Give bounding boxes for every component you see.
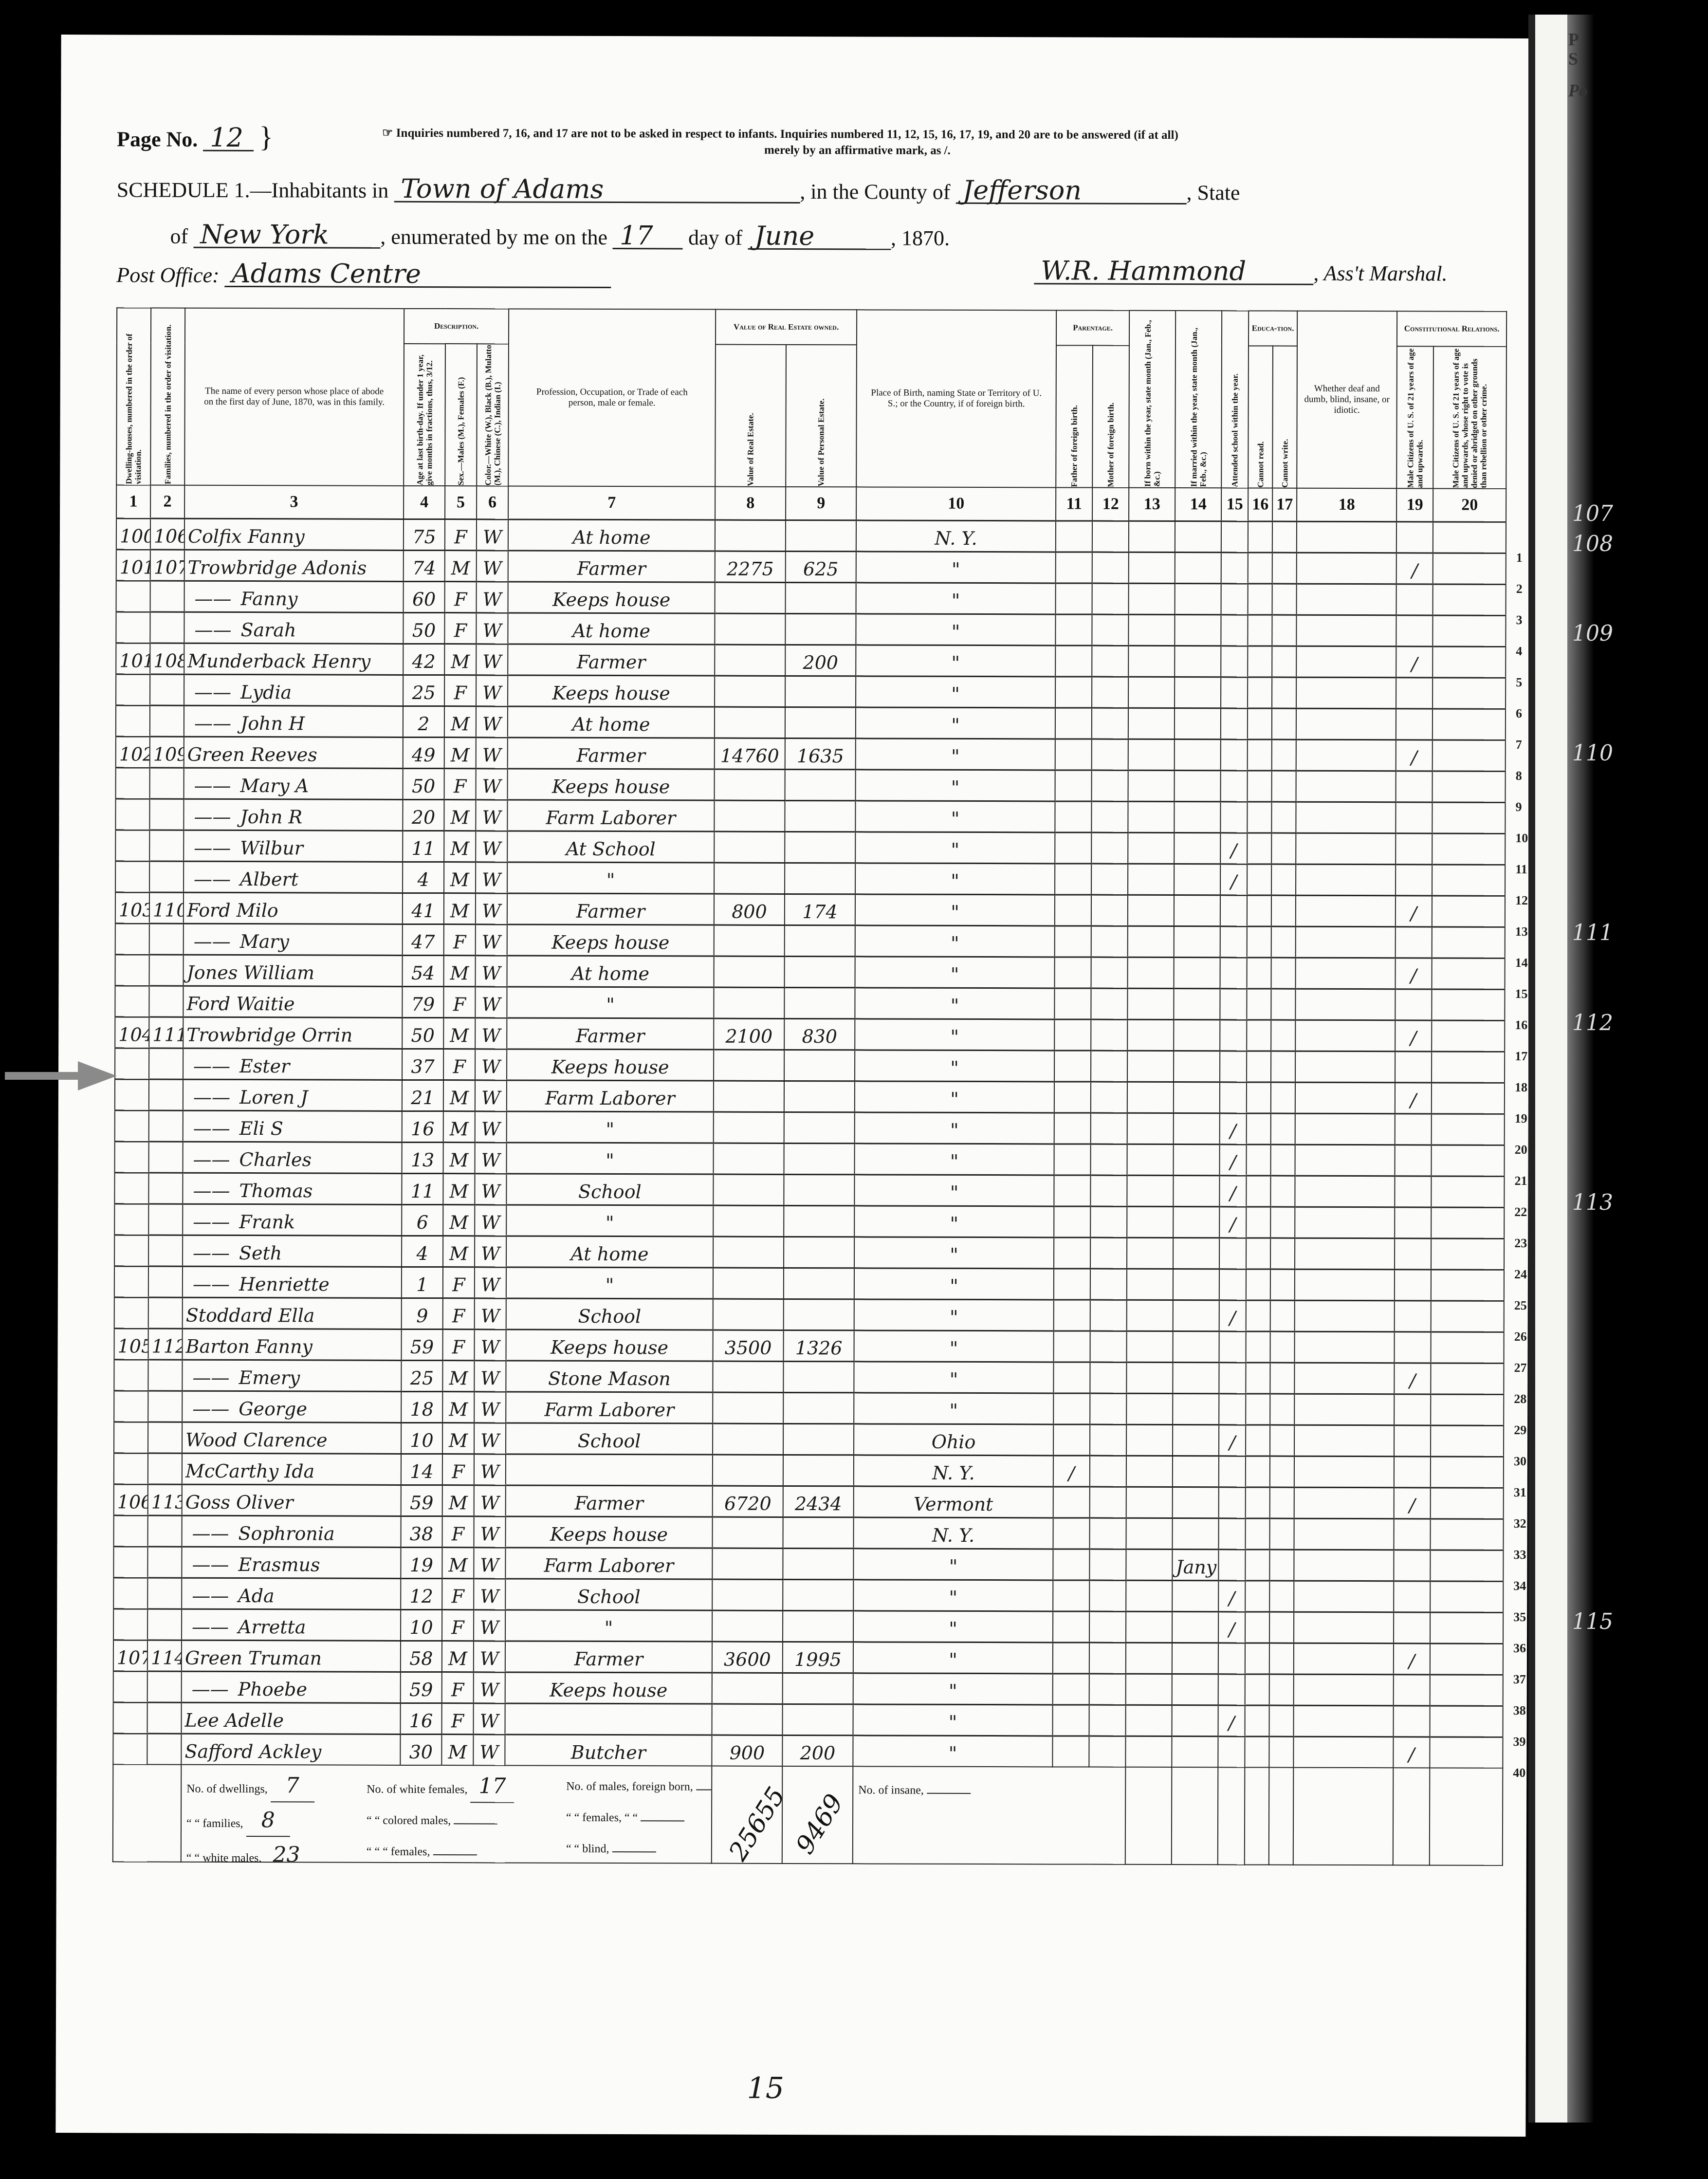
occupation: Keeps house xyxy=(506,1516,713,1548)
born-month xyxy=(1128,801,1174,832)
sex-value: F xyxy=(452,1586,464,1607)
table-row: 18Ester37FWKeeps house"18 xyxy=(115,1048,1505,1083)
color: W xyxy=(475,1205,506,1236)
month-field: June xyxy=(748,224,891,250)
color-value: W xyxy=(480,1586,499,1607)
citizen-mark xyxy=(1394,1581,1430,1612)
color-value: W xyxy=(481,1274,500,1295)
birthplace: " xyxy=(854,1330,1054,1362)
adjacent-family-number: 107 xyxy=(1572,501,1613,526)
table-row: 10John R20MWFarm Laborer"10 xyxy=(115,799,1505,833)
person-name: Lydia xyxy=(184,674,403,706)
col-header-2: Families, numbered in the order of visit… xyxy=(163,309,173,484)
personal-estate-value: 625 xyxy=(786,551,856,582)
age: 47 xyxy=(403,924,444,955)
color-value: W xyxy=(481,1243,500,1264)
person-name: Lee Adelle xyxy=(182,1702,401,1734)
sex: M xyxy=(442,1548,474,1579)
person-name-value: Sarah xyxy=(240,619,296,641)
married-month xyxy=(1173,1300,1219,1331)
age-value: 75 xyxy=(412,526,436,548)
cannot-read-mark xyxy=(1247,1020,1271,1051)
table-row: 14Mary47FWKeeps house"14 xyxy=(115,923,1505,958)
color: W xyxy=(474,1454,506,1485)
birthplace-value: " xyxy=(951,995,959,1016)
personal-estate-value: 830 xyxy=(784,1018,855,1050)
cannot-write-mark xyxy=(1270,1394,1294,1425)
cannot-write-mark xyxy=(1270,1487,1294,1518)
dwelling-number-value: 101 xyxy=(120,556,150,578)
person-name-value: Green Truman xyxy=(185,1647,322,1669)
dwellings-label: No. of dwellings, xyxy=(186,1783,268,1795)
white-females-label: No. of white females, xyxy=(367,1783,467,1796)
birthplace-value: " xyxy=(950,1338,958,1359)
father-foreign-mark xyxy=(1055,708,1092,739)
color: W xyxy=(475,1298,506,1330)
family-number xyxy=(149,1048,183,1079)
occupation: Stone Mason xyxy=(506,1361,713,1392)
color-value: W xyxy=(481,1118,500,1140)
birthplace-value: " xyxy=(950,1120,959,1141)
born-month xyxy=(1128,770,1175,801)
person-name-value: Henriette xyxy=(239,1274,330,1295)
person-name: Ada xyxy=(182,1578,401,1609)
sex-value: M xyxy=(450,1025,469,1046)
occupation-value: Keeps house xyxy=(551,932,669,954)
dwelling-number: 12 xyxy=(115,861,149,892)
sex-value: F xyxy=(452,1305,465,1327)
school-mark xyxy=(1219,1518,1246,1550)
person-name: Colfix Fanny xyxy=(184,518,404,550)
occupation-value: Farmer xyxy=(577,651,645,673)
mother-foreign-mark xyxy=(1092,552,1129,583)
citizen-mark: / xyxy=(1395,1020,1432,1052)
born-month xyxy=(1126,1580,1172,1611)
occupation: Farmer xyxy=(508,644,715,676)
personal-estate-value xyxy=(784,987,855,1018)
school-mark-value: / xyxy=(1230,1182,1236,1204)
cannot-write-mark xyxy=(1271,1020,1295,1051)
page-number: 12 xyxy=(203,126,254,151)
dwelling-number-value: 107 xyxy=(117,1647,147,1668)
occupation: Keeps house xyxy=(507,1049,714,1081)
occupation: " xyxy=(507,862,714,894)
family-number xyxy=(148,1453,182,1484)
married-month xyxy=(1174,958,1220,989)
school-mark-value: / xyxy=(1230,1307,1236,1329)
born-month xyxy=(1127,1206,1173,1237)
infirmity xyxy=(1296,958,1396,989)
family-number xyxy=(149,1079,183,1110)
cannot-write-mark xyxy=(1269,1643,1294,1674)
occupation-value: School xyxy=(578,1181,642,1202)
birthplace: N. Y. xyxy=(856,520,1056,552)
birthplace-value: Vermont xyxy=(914,1494,993,1515)
county-field: Jefferson xyxy=(955,178,1186,204)
birthplace-value: " xyxy=(950,1151,959,1172)
married-month xyxy=(1172,1736,1218,1768)
col-num: 19 xyxy=(1396,488,1433,522)
family-number xyxy=(149,955,184,986)
color-value: W xyxy=(481,1025,500,1046)
cannot-read-mark xyxy=(1248,677,1272,708)
vote-denied-mark: 15 xyxy=(1432,958,1505,989)
married-month xyxy=(1173,1394,1219,1425)
table-row: 31McCarthy Ida14FWN. Y./31 xyxy=(114,1453,1504,1488)
infirmity xyxy=(1296,677,1396,709)
color-value: W xyxy=(481,1305,500,1327)
sex: M xyxy=(442,1361,474,1392)
occupation: " xyxy=(505,1610,712,1642)
age: 4 xyxy=(403,862,444,893)
cannot-write-mark xyxy=(1269,1736,1293,1768)
personal-estate-value: 2434 xyxy=(783,1486,854,1517)
occupation-value: Farm Laborer xyxy=(545,1088,675,1109)
age-value: 50 xyxy=(412,620,436,641)
infirmity xyxy=(1295,1207,1395,1238)
table-body: 1100106Colfix Fanny75FWAt homeN. Y.12101… xyxy=(113,518,1506,1768)
sex-value: M xyxy=(449,1181,468,1202)
table-header: Dwelling-houses, numbered in the order o… xyxy=(116,308,1506,522)
sex-value: M xyxy=(449,1399,468,1420)
color: W xyxy=(474,1516,506,1548)
state-label: , State xyxy=(1186,181,1240,204)
father-foreign-mark xyxy=(1055,926,1091,957)
citizen-mark xyxy=(1395,1301,1431,1332)
person-name-value: Mary A xyxy=(240,775,309,796)
age-value: 59 xyxy=(409,1679,433,1700)
infirmity xyxy=(1295,1145,1395,1176)
born-month xyxy=(1126,1393,1173,1424)
dwelling-number: 36 xyxy=(113,1609,147,1640)
infirmity xyxy=(1294,1456,1394,1488)
sex-value: M xyxy=(448,1648,467,1669)
infirmity xyxy=(1296,646,1396,678)
sex-value: M xyxy=(449,1212,468,1233)
occupation: " xyxy=(506,1205,713,1237)
col-num: 5 xyxy=(445,486,477,519)
occupation: Keeps house xyxy=(507,924,714,956)
dwelling-number: 5101 xyxy=(116,643,150,674)
instruction-line-1: ☞ Inquiries numbered 7, 16, and 17 are n… xyxy=(382,126,1178,142)
real-estate-value: 2275 xyxy=(715,551,786,582)
dwelling-number: 18 xyxy=(115,1048,149,1079)
color-value: W xyxy=(481,994,500,1015)
occupation-value: Keeps house xyxy=(551,1056,669,1078)
citizen-mark xyxy=(1395,1332,1431,1363)
occupation-value: Keeps house xyxy=(552,776,670,798)
cannot-read-mark xyxy=(1246,1238,1270,1269)
real-estate-value-value: 3500 xyxy=(725,1337,772,1359)
infirmity xyxy=(1295,1300,1395,1332)
color: W xyxy=(474,1361,506,1392)
col-header-12: Mother of foreign birth. xyxy=(1106,346,1116,487)
infirmity xyxy=(1294,1705,1394,1737)
personal-estate-value xyxy=(785,800,855,831)
col-header-1: Dwelling-houses, numbered in the order o… xyxy=(124,309,143,484)
cannot-read-mark xyxy=(1245,1736,1269,1768)
vote-denied-mark: 1 xyxy=(1433,522,1506,553)
birthplace: " xyxy=(855,988,1054,1019)
table-row: 38Phoebe59FWKeeps house"38 xyxy=(113,1671,1503,1706)
sex: M xyxy=(443,1018,475,1049)
family-number xyxy=(147,1702,182,1734)
married-month xyxy=(1173,1487,1219,1518)
sex: F xyxy=(442,1610,474,1641)
table-row: 26Stoddard Ella9FWSchool"/26 xyxy=(114,1297,1504,1332)
table-row: 5101108Munderback Henry42MWFarmer200"/5 xyxy=(116,643,1506,678)
age-value: 47 xyxy=(411,931,435,953)
sex-value: M xyxy=(449,1430,468,1451)
real-estate-value xyxy=(715,769,785,800)
year-label: , 1870. xyxy=(891,226,950,250)
school-mark xyxy=(1220,1082,1247,1113)
school-mark-value: / xyxy=(1230,840,1237,861)
color: W xyxy=(476,706,508,738)
vote-denied-mark: 13 xyxy=(1432,896,1505,927)
infirmity xyxy=(1294,1643,1394,1675)
age-value: 37 xyxy=(411,1056,434,1077)
age-value: 74 xyxy=(412,557,436,579)
real-estate-value xyxy=(714,800,785,831)
vote-denied-mark: 14 xyxy=(1432,927,1505,958)
color: W xyxy=(477,582,508,613)
group-parentage: Parentage. xyxy=(1056,310,1129,345)
person-name: Erasmus xyxy=(182,1547,401,1578)
cannot-read-mark xyxy=(1246,1363,1270,1394)
occupation: School xyxy=(506,1423,713,1455)
married-month xyxy=(1174,895,1220,926)
birthplace-value: " xyxy=(951,652,960,674)
col-header-8: Value of Real Estate. xyxy=(746,345,755,486)
person-name: Henriette xyxy=(183,1266,402,1298)
cannot-write-mark xyxy=(1270,1176,1295,1207)
birthplace: " xyxy=(853,1611,1053,1643)
sex-value: M xyxy=(450,962,469,984)
citizen-mark xyxy=(1395,1207,1431,1238)
sex-value: F xyxy=(454,589,467,610)
school-mark xyxy=(1220,1020,1247,1051)
mother-foreign-mark xyxy=(1089,1580,1126,1611)
birthplace: N. Y. xyxy=(854,1455,1053,1487)
sex: F xyxy=(443,1049,475,1080)
sex: M xyxy=(443,1080,475,1111)
cannot-read-mark xyxy=(1248,771,1272,802)
color: W xyxy=(476,644,508,675)
mother-foreign-mark xyxy=(1092,677,1128,708)
mother-foreign-mark xyxy=(1092,646,1128,677)
personal-estate-value: 1995 xyxy=(783,1642,853,1673)
personal-estate-value xyxy=(785,925,855,956)
citizen-mark-value: / xyxy=(1409,1495,1415,1516)
citizen-mark xyxy=(1396,865,1432,896)
personal-estate-value: 1326 xyxy=(784,1330,854,1361)
infirmity xyxy=(1296,895,1396,927)
birthplace: " xyxy=(853,1704,1053,1736)
age: 37 xyxy=(402,1049,443,1080)
enumerated-label: , enumerated by me on the xyxy=(380,225,607,249)
school-mark-value: / xyxy=(1230,871,1237,892)
dwelling-number: 16 xyxy=(115,986,149,1017)
personal-estate-value: 1635 xyxy=(785,738,856,769)
dwelling-number: 35 xyxy=(113,1578,147,1609)
age-value: 50 xyxy=(412,776,435,797)
age-value: 10 xyxy=(410,1430,433,1451)
sex-value: F xyxy=(451,1679,464,1700)
real-estate-value xyxy=(714,1143,784,1174)
born-month xyxy=(1126,1643,1172,1674)
birthplace: " xyxy=(855,1050,1054,1082)
mother-foreign-mark xyxy=(1089,1674,1126,1705)
citizen-mark: / xyxy=(1396,958,1432,989)
birthplace: " xyxy=(856,707,1055,739)
cannot-read-mark xyxy=(1247,1082,1271,1113)
color-value: W xyxy=(480,1617,499,1638)
school-mark-value: / xyxy=(1229,1432,1235,1453)
family-number xyxy=(149,1110,183,1142)
school-mark: / xyxy=(1219,1300,1246,1331)
sex: M xyxy=(442,1423,474,1454)
cannot-write-mark xyxy=(1272,677,1296,708)
real-estate-value xyxy=(714,863,785,894)
age: 49 xyxy=(403,737,444,768)
sex-value: M xyxy=(450,1118,469,1140)
sex: M xyxy=(443,1143,475,1174)
father-foreign-mark xyxy=(1052,1736,1089,1767)
age: 38 xyxy=(401,1516,442,1547)
col-header-4: Age at last birth-day. If under 1 year, … xyxy=(415,344,434,485)
personal-estate-value xyxy=(784,1143,855,1174)
father-foreign-mark xyxy=(1055,646,1092,677)
occupation-value: At School xyxy=(566,838,656,860)
vote-denied-mark: 30 xyxy=(1431,1425,1504,1457)
father-foreign-mark xyxy=(1053,1518,1090,1549)
cannot-write-mark xyxy=(1270,1331,1295,1363)
vote-denied-mark: 36 xyxy=(1430,1612,1503,1643)
real-estate-value-value: 2275 xyxy=(727,558,774,580)
father-foreign-mark xyxy=(1053,1705,1089,1736)
mother-foreign-mark xyxy=(1092,708,1128,739)
dwelling-number: 38 xyxy=(113,1671,147,1702)
column-number-row: 1 2 3 4 5 6 7 8 9 10 11 12 13 14 15 16 1 xyxy=(116,485,1506,522)
age: 21 xyxy=(402,1080,443,1111)
birthplace: " xyxy=(856,739,1055,770)
person-name-value: Seth xyxy=(239,1242,282,1264)
occupation: Butcher xyxy=(505,1735,712,1766)
person-name-value: Green Reeves xyxy=(187,744,317,766)
color: W xyxy=(476,800,507,831)
father-foreign-mark xyxy=(1053,1674,1089,1705)
age-value: 25 xyxy=(410,1367,434,1389)
family-number-value: 113 xyxy=(151,1492,182,1513)
father-foreign-mark xyxy=(1054,1144,1091,1175)
age: 59 xyxy=(401,1485,442,1516)
birthplace: " xyxy=(854,1393,1053,1424)
instruction-line-2: merely by an affirmative mark, as /. xyxy=(764,144,951,158)
cannot-write-mark xyxy=(1272,553,1297,584)
family-number xyxy=(148,1204,183,1235)
table-row: 12Albert4MW""/12 xyxy=(115,861,1505,896)
family-number xyxy=(148,1173,183,1204)
mother-foreign-mark xyxy=(1091,988,1127,1019)
color: W xyxy=(474,1392,506,1423)
age-value: 16 xyxy=(411,1118,434,1140)
father-foreign-mark xyxy=(1055,864,1091,895)
person-name: Sophronia xyxy=(182,1515,401,1547)
infirmity xyxy=(1294,1487,1394,1519)
infirmity xyxy=(1294,1550,1394,1581)
occupation: At home xyxy=(508,706,715,738)
birthplace-value: " xyxy=(951,933,959,954)
table-row: 21Charles13MW""/21 xyxy=(115,1142,1505,1176)
age-value: 50 xyxy=(411,1025,435,1046)
age-value: 79 xyxy=(411,994,435,1015)
birthplace-value: " xyxy=(951,715,960,736)
col-header-19: Male Citizens of U. S. of 21 years of ag… xyxy=(1406,347,1425,488)
sex: F xyxy=(443,1330,475,1361)
dwelling-number-value: 101 xyxy=(119,650,150,671)
birthplace-value: " xyxy=(951,683,960,705)
personal-estate-value xyxy=(784,1174,854,1205)
personal-estate-value xyxy=(786,582,856,613)
birthplace-value: " xyxy=(949,1743,957,1764)
citizen-mark xyxy=(1395,1176,1431,1207)
born-month xyxy=(1127,1051,1174,1082)
citizen-mark xyxy=(1396,522,1433,553)
real-estate-value xyxy=(715,520,786,551)
school-mark xyxy=(1220,989,1247,1020)
color: W xyxy=(474,1485,506,1516)
cannot-write-mark xyxy=(1269,1674,1294,1705)
age-value: 38 xyxy=(410,1523,433,1545)
personal-estate-value xyxy=(783,1423,854,1455)
age: 54 xyxy=(403,955,444,986)
cannot-read-mark xyxy=(1245,1581,1269,1612)
family-number xyxy=(150,768,184,799)
father-foreign-mark xyxy=(1053,1549,1089,1580)
occupation: " xyxy=(506,1267,713,1299)
family-number: 108 xyxy=(150,643,184,674)
personal-estate-value xyxy=(785,707,856,738)
color-value: W xyxy=(482,807,501,828)
mother-foreign-mark xyxy=(1090,1175,1127,1206)
personal-estate-value-value: 200 xyxy=(803,652,838,673)
sex: M xyxy=(443,1174,475,1205)
person-name-value: Fanny xyxy=(241,588,298,609)
born-month xyxy=(1126,1456,1173,1487)
col-num: 10 xyxy=(856,487,1056,521)
real-estate-value xyxy=(714,925,785,956)
mother-foreign-mark xyxy=(1091,895,1128,926)
school-mark: / xyxy=(1219,1207,1246,1238)
sex: M xyxy=(442,1485,474,1516)
family-number: 107 xyxy=(150,550,184,581)
school-mark xyxy=(1218,1674,1245,1705)
occupation: Farmer xyxy=(507,1018,714,1050)
occupation-value: Farm Laborer xyxy=(544,1555,674,1577)
family-number: 112 xyxy=(148,1329,183,1360)
citizen-mark xyxy=(1394,1550,1430,1581)
table-row: 19Loren J21MWFarm Laborer"/19 xyxy=(115,1079,1505,1114)
table-row: 20Eli S16MW""/20 xyxy=(115,1110,1505,1145)
person-name: Wilbur xyxy=(184,830,403,862)
occupation-value: Farm Laborer xyxy=(546,807,676,829)
vote-denied-mark: 27 xyxy=(1431,1332,1504,1363)
birthplace-value: " xyxy=(951,902,959,923)
dwelling-number-value: 106 xyxy=(117,1491,148,1513)
age-value: 59 xyxy=(410,1492,433,1514)
sex: M xyxy=(444,831,476,862)
